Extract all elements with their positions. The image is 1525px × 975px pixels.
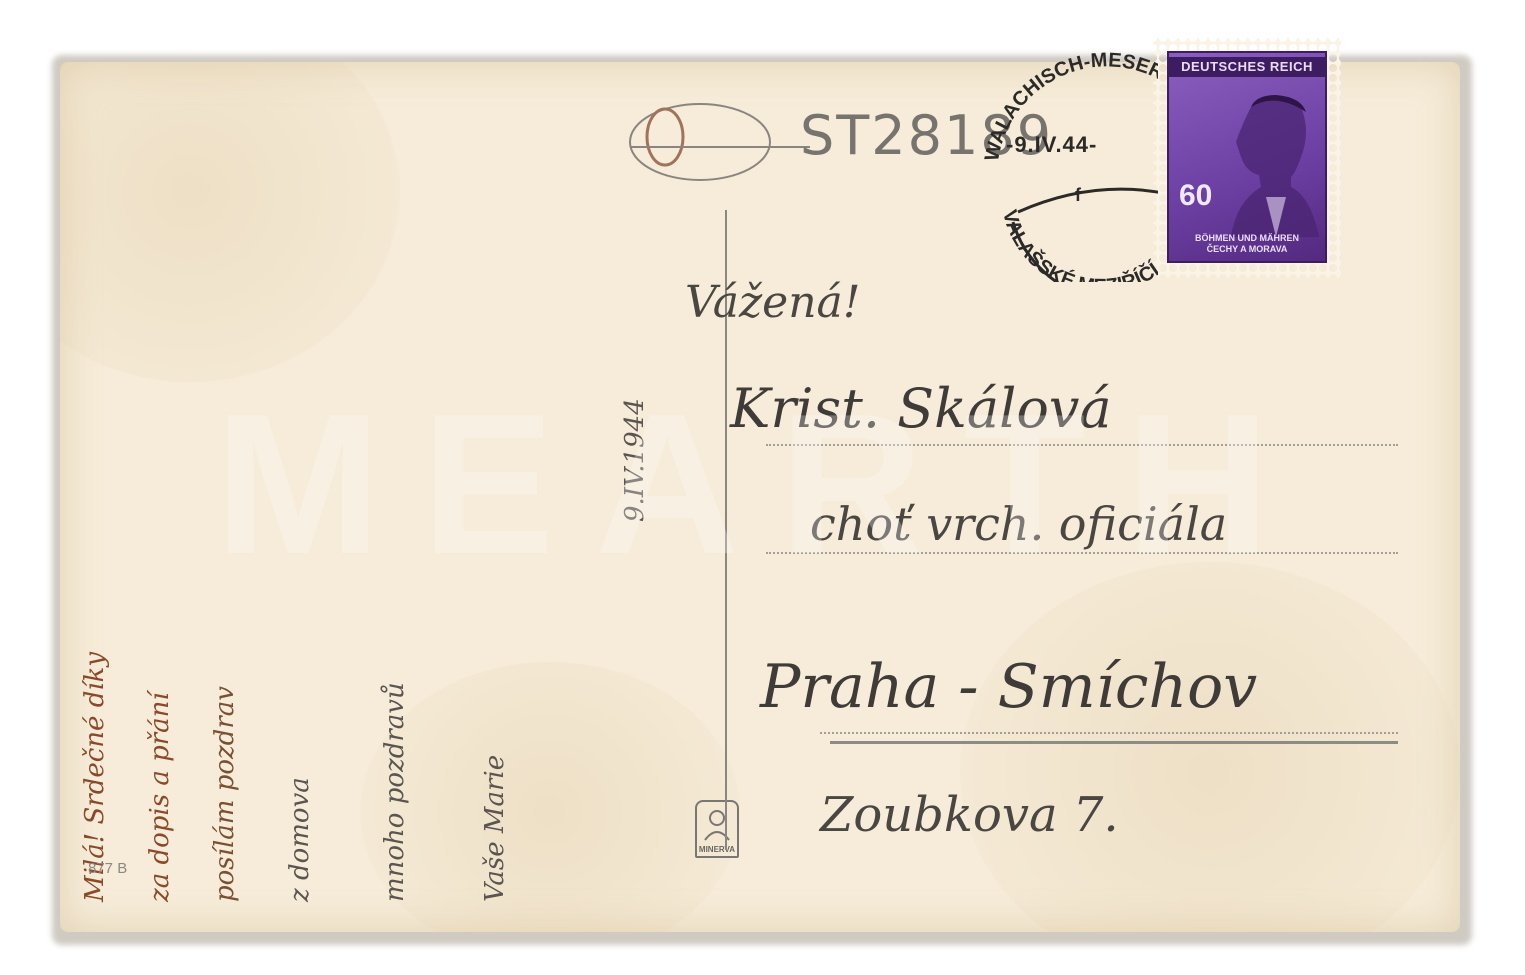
address-title: choť vrch. oficiála bbox=[810, 497, 1227, 551]
stamp-inscription: BÖHMEN UND MÄHREN ČECHY A MORAVA bbox=[1169, 233, 1325, 255]
address-name: Krist. Skálová bbox=[730, 377, 1112, 440]
logo-label: MINERVA bbox=[697, 845, 737, 854]
address-line bbox=[820, 732, 1398, 734]
message-column: z domova bbox=[285, 72, 315, 902]
address-line bbox=[830, 741, 1398, 744]
publisher-number: 877 B bbox=[88, 860, 127, 877]
postmark-bottom-text: VALAŠSKÉ MEZIŘÍČÍ bbox=[998, 208, 1158, 282]
postage-stamp: DEUTSCHES REICH 60 BÖHMEN UND MÄHREN ČEC… bbox=[1167, 51, 1327, 263]
portrait-stamp-icon bbox=[1221, 87, 1319, 237]
message-column: Milá! Srdečné díky bbox=[80, 72, 110, 902]
postmark-date: -9.IV.44- bbox=[1006, 132, 1097, 158]
paper-stain bbox=[960, 562, 1460, 932]
address-line bbox=[766, 552, 1398, 554]
scribble-icon bbox=[620, 87, 810, 197]
message-column: Vaše Marie bbox=[480, 82, 510, 902]
message-column: mnoho pozdravů bbox=[380, 72, 410, 902]
message-column: posílám pozdrav bbox=[210, 72, 240, 902]
stamp-country: DEUTSCHES REICH bbox=[1169, 57, 1325, 77]
address-salutation: Vážená! bbox=[685, 277, 860, 328]
stamp-value: 60 bbox=[1179, 179, 1212, 213]
svg-text:VALAŠSKÉ MEZIŘÍČÍ: VALAŠSKÉ MEZIŘÍČÍ bbox=[998, 208, 1158, 282]
minerva-logo-icon: MINERVA bbox=[695, 800, 739, 858]
paper-stain bbox=[360, 662, 740, 932]
message-column: za dopis a přání bbox=[145, 72, 175, 902]
stamp-inscription-line: ČECHY A MORAVA bbox=[1169, 244, 1325, 255]
stamp-inscription-line: BÖHMEN UND MÄHREN bbox=[1169, 233, 1325, 244]
address-street: Zoubkova 7. bbox=[820, 787, 1119, 843]
address-city: Praha - Smíchov bbox=[760, 652, 1257, 722]
postmark-letter: f bbox=[1075, 185, 1081, 206]
address-line bbox=[766, 444, 1398, 446]
